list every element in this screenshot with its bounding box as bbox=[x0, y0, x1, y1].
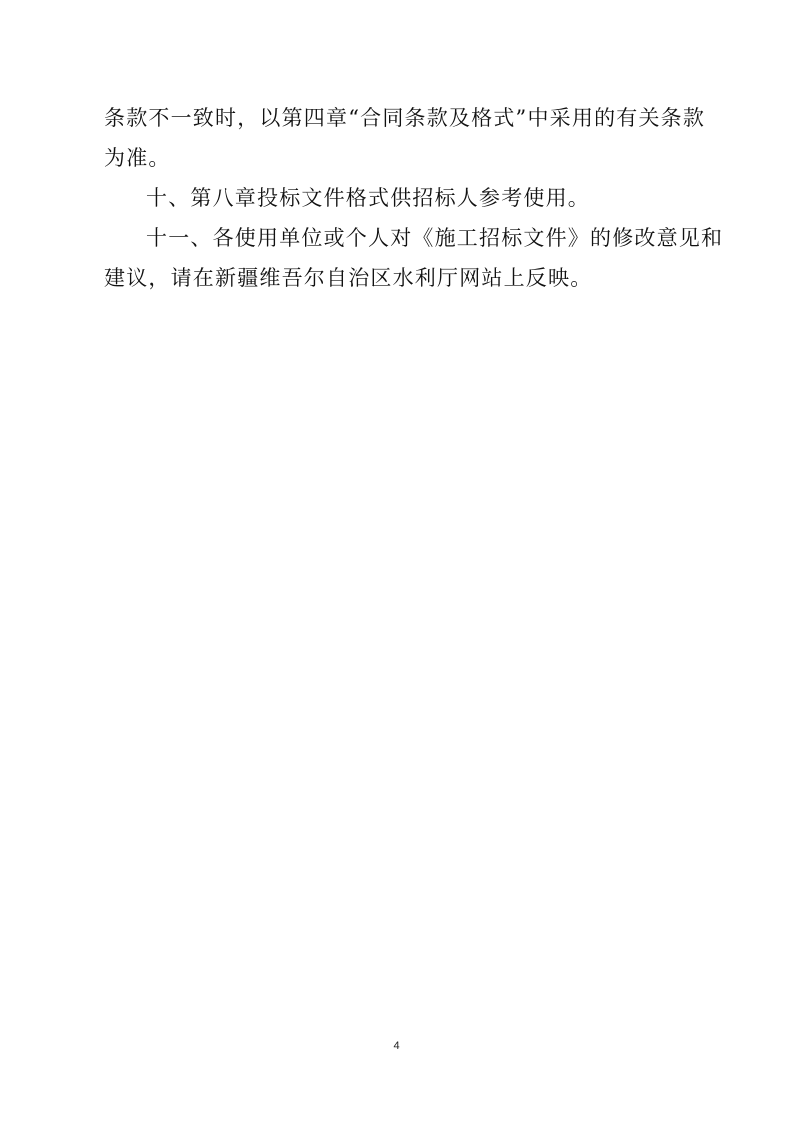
text-line: 为准。 bbox=[104, 138, 704, 178]
page-number: 4 bbox=[0, 1040, 793, 1052]
text-line: 建议，请在新疆维吾尔自治区水利厅网站上反映。 bbox=[104, 258, 704, 298]
text-line: 十、第八章投标文件格式供招标人参考使用。 bbox=[104, 178, 704, 218]
paragraph-clause-continuation: 条款不一致时，以第四章“合同条款及格式”中采用的有关条款 为准。 bbox=[104, 98, 704, 178]
text-line: 条款不一致时，以第四章“合同条款及格式”中采用的有关条款 bbox=[104, 98, 704, 138]
text-line: 十一、各使用单位或个人对《施工招标文件》的修改意见和 bbox=[104, 218, 704, 258]
document-page: 条款不一致时，以第四章“合同条款及格式”中采用的有关条款 为准。 十、第八章投标… bbox=[0, 0, 793, 1122]
paragraph-item-11: 十一、各使用单位或个人对《施工招标文件》的修改意见和 建议，请在新疆维吾尔自治区… bbox=[104, 218, 704, 298]
paragraph-item-10: 十、第八章投标文件格式供招标人参考使用。 bbox=[104, 178, 704, 218]
